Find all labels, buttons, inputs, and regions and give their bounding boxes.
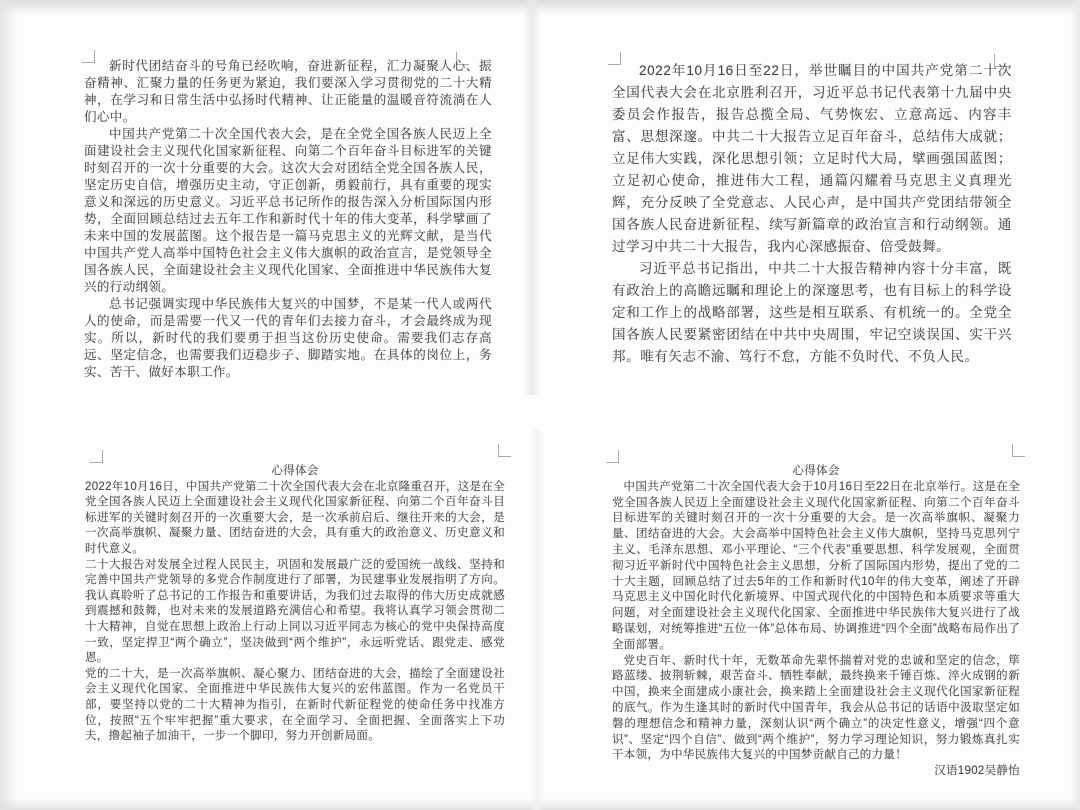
document-page-bottom-left: 心得体会 2022年10月16日，中国共产党第二十次全国代表大会在北京隆重召开，… [85, 464, 505, 745]
page-seam-vertical-bottom [530, 430, 544, 810]
paragraph: 新时代团结奋斗的号角已经吹响，奋进新征程，汇力凝聚人心、振奋精神、汇聚力量的任务… [84, 58, 492, 126]
corner-mark-icon [1012, 444, 1025, 457]
page-title: 心得体会 [85, 464, 505, 480]
corner-mark-icon [498, 444, 511, 457]
paragraph: 总书记强调实现中华民族伟大复兴的中国梦，不是某一代人或两代人的使命，而是需要一代… [84, 296, 492, 381]
scanned-document-composite: 新时代团结奋斗的号角已经吹响，奋进新征程，汇力凝聚人心、振奋精神、汇聚力量的任务… [0, 0, 1080, 810]
paragraph: 中国共产党第二十次全国代表大会于10月16日至22日在北京举行。这是在全党全国各… [612, 480, 1020, 654]
document-page-top-right: 2022年10月16日至22日，举世瞩目的中国共产党第二十次全国代表大会在北京胜… [612, 60, 1012, 368]
scan-edge-shadow-left [0, 0, 18, 810]
paragraph: 党史百年、新时代十年，无数革命先辈怀揣着对党的忠诚和坚定的信念，筚路蓝缕、披荆斩… [612, 654, 1020, 765]
paragraph: 2022年10月16日至22日，举世瞩目的中国共产党第二十次全国代表大会在北京胜… [612, 60, 1012, 258]
author-signature: 汉语1902吴静怡 [612, 764, 1020, 780]
paragraph: 2022年10月16日，中国共产党第二十次全国代表大会在北京隆重召开，这是在全党… [85, 480, 505, 558]
scan-edge-shadow-right [1070, 0, 1080, 810]
paragraph: 习近平总书记指出，中共二十大报告精神内容十分丰富，既有政治上的高瞻远瞩和理论上的… [612, 258, 1012, 368]
scan-edge-shadow-bottom [0, 798, 1080, 810]
document-page-bottom-right: 心得体会 中国共产党第二十次全国代表大会于10月16日至22日在北京举行。这是在… [612, 464, 1020, 780]
page-seam-vertical-top [523, 0, 541, 395]
corner-mark-icon [606, 450, 619, 463]
document-page-top-left: 新时代团结奋斗的号角已经吹响，奋进新征程，汇力凝聚人心、振奋精神、汇聚力量的任务… [84, 58, 492, 381]
paragraph: 中国共产党第二十次全国代表大会，是在全党全国各族人民迈上全面建设社会主义现代化国… [84, 126, 492, 296]
paragraph: 党的二十大，是一次高举旗帜、凝心聚力、团结奋进的大会，描绘了全面建设社会主义现代… [85, 667, 505, 745]
scan-edge-shadow-top [0, 0, 1080, 14]
paragraph: 二十大报告对发展全过程人民民主，巩固和发展最广泛的爱国统一战线、坚持和完善中国共… [85, 558, 505, 667]
corner-mark-icon [90, 450, 103, 463]
page-title: 心得体会 [612, 464, 1020, 480]
